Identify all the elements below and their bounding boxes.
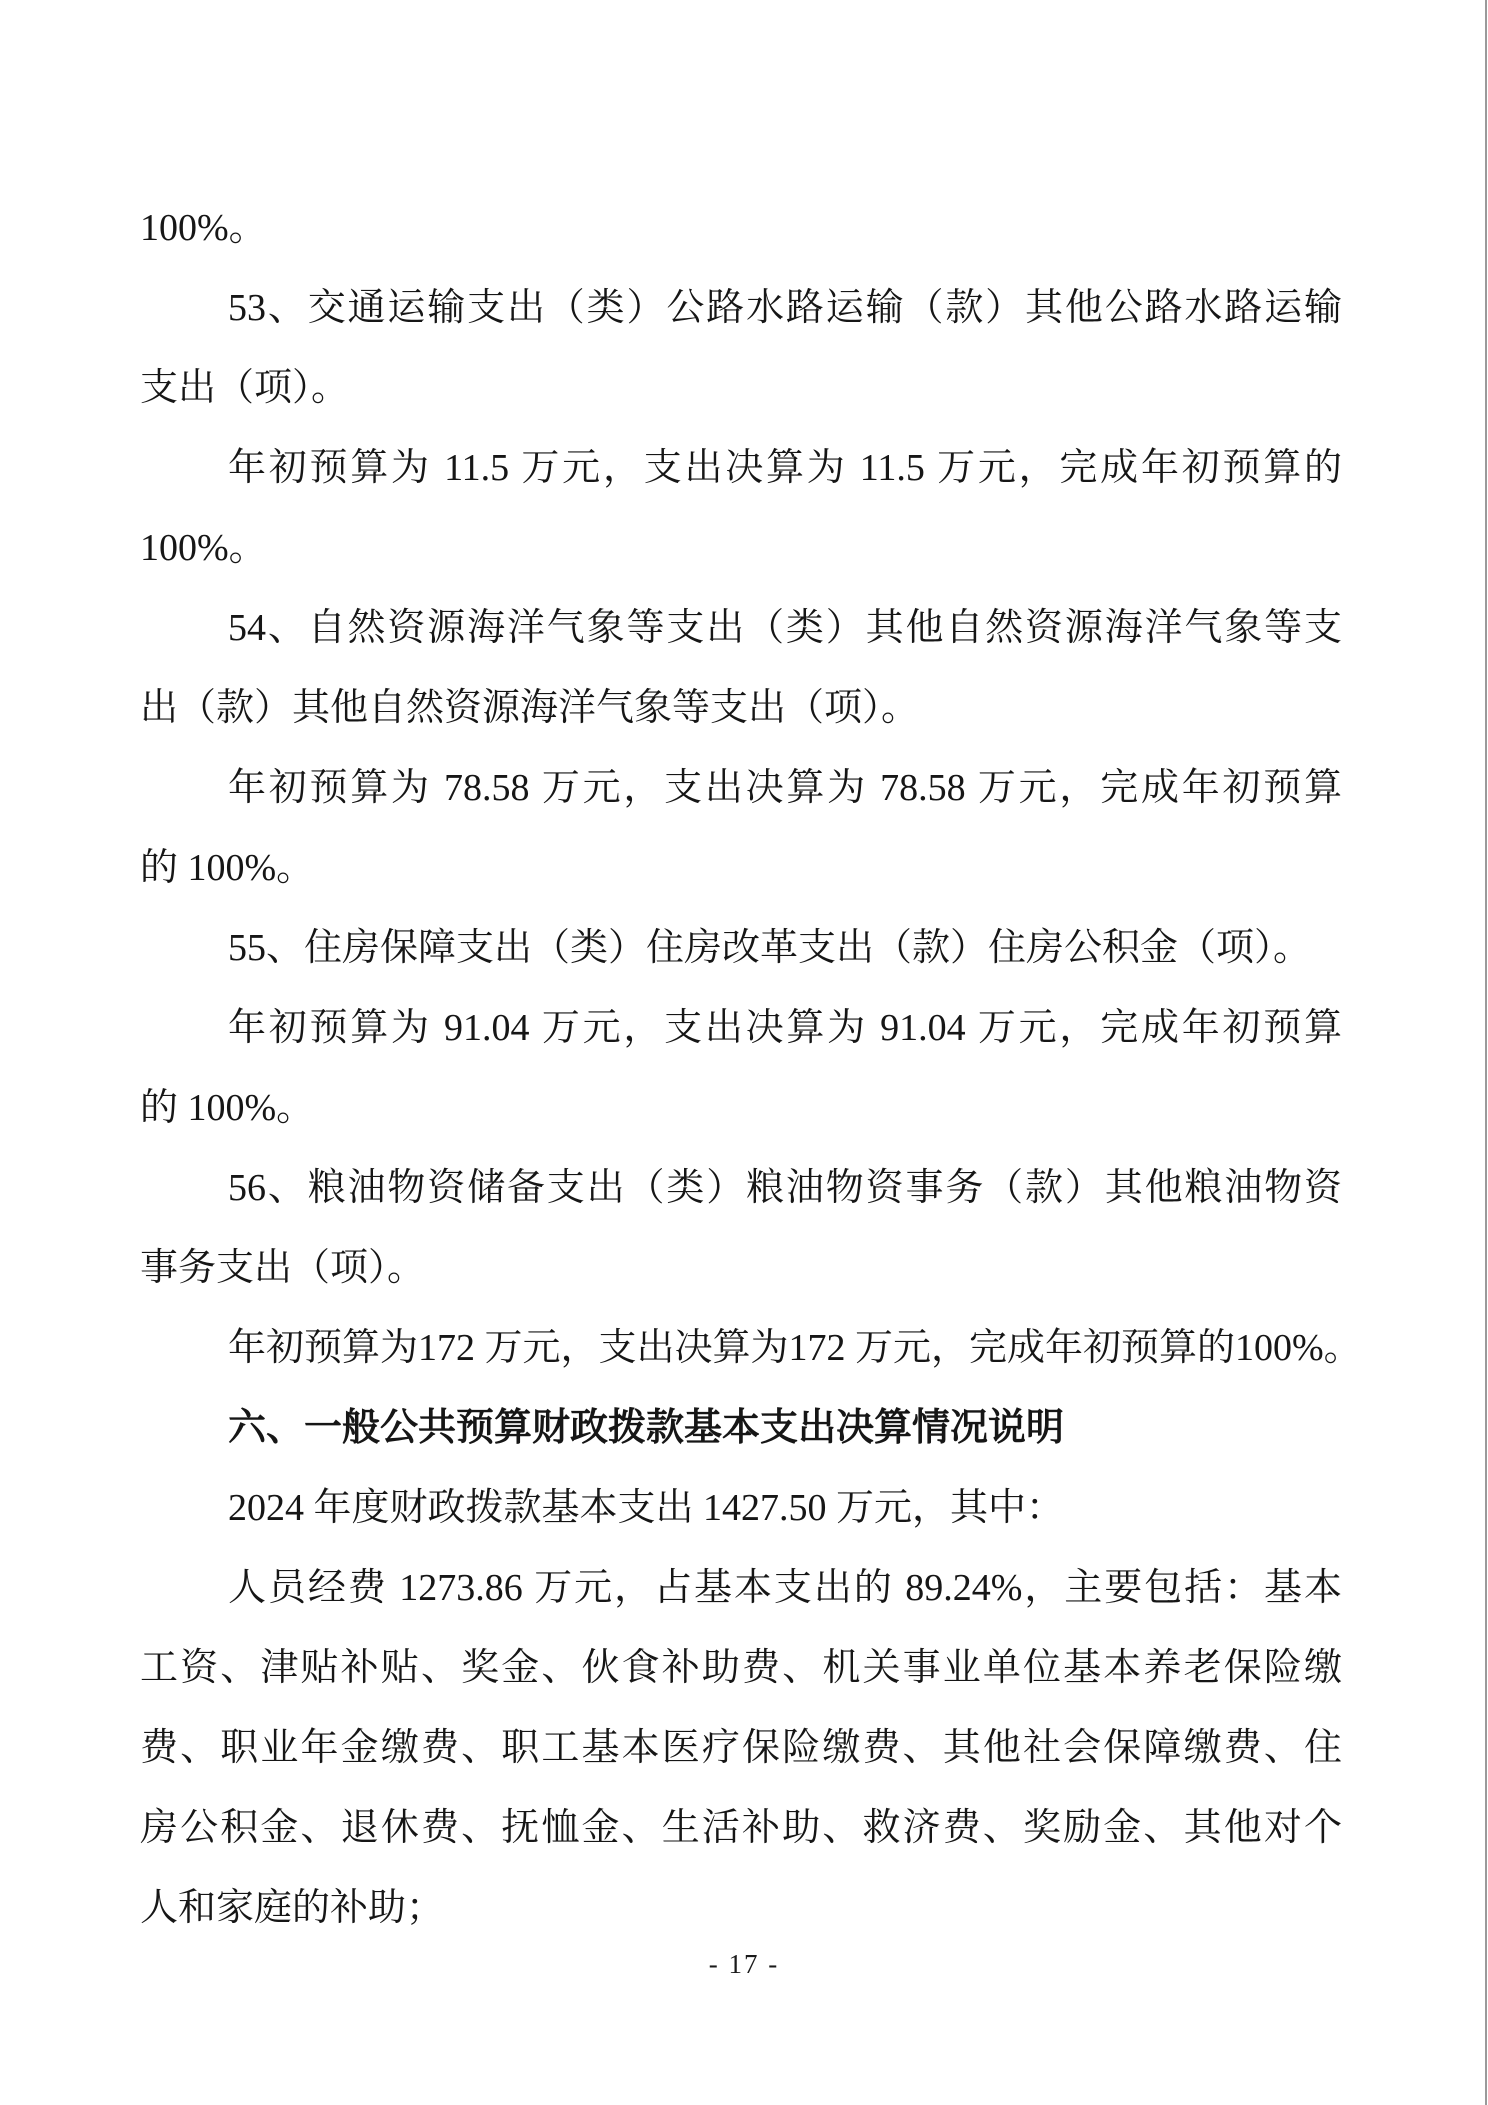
paragraph-line: 55、住房保障支出（类）住房改革支出（款）住房公积金（项）。 [140, 908, 1342, 988]
paragraph-line: 的 100%。 [140, 828, 1342, 908]
paragraph-line: 100%。 [140, 188, 1342, 268]
page-number: - 17 - [0, 1948, 1488, 1980]
paragraph-line: 事务支出（项）。 [140, 1228, 1342, 1308]
paragraph-line: 100%。 [140, 508, 1342, 588]
paragraph-line: 年初预算为172 万元，支出决算为172 万元，完成年初预算的100%。 [140, 1308, 1342, 1388]
paragraph-line: 年初预算为 11.5 万元，支出决算为 11.5 万元，完成年初预算的 [140, 428, 1342, 508]
paragraph-line: 53、交通运输支出（类）公路水路运输（款）其他公路水路运输 [140, 268, 1342, 348]
paragraph-line: 人员经费 1273.86 万元，占基本支出的 89.24%，主要包括：基本 [140, 1548, 1342, 1628]
paragraph-line: 支出（项）。 [140, 348, 1342, 428]
document-page: 100%。 53、交通运输支出（类）公路水路运输（款）其他公路水路运输 支出（项… [0, 0, 1488, 2105]
paragraph-line: 的 100%。 [140, 1068, 1342, 1148]
paragraph-line: 2024 年度财政拨款基本支出 1427.50 万元，其中： [140, 1468, 1342, 1548]
page-edge-line [1485, 0, 1487, 2105]
paragraph-line: 56、粮油物资储备支出（类）粮油物资事务（款）其他粮油物资 [140, 1148, 1342, 1228]
document-body: 100%。 53、交通运输支出（类）公路水路运输（款）其他公路水路运输 支出（项… [140, 188, 1342, 1948]
paragraph-line: 费、职业年金缴费、职工基本医疗保险缴费、其他社会保障缴费、住 [140, 1708, 1342, 1788]
paragraph-line: 房公积金、退休费、抚恤金、生活补助、救济费、奖励金、其他对个 [140, 1788, 1342, 1868]
paragraph-line: 年初预算为 78.58 万元，支出决算为 78.58 万元，完成年初预算 [140, 748, 1342, 828]
paragraph-line: 年初预算为 91.04 万元，支出决算为 91.04 万元，完成年初预算 [140, 988, 1342, 1068]
paragraph-line: 人和家庭的补助； [140, 1868, 1342, 1948]
paragraph-line: 出（款）其他自然资源海洋气象等支出（项）。 [140, 668, 1342, 748]
section-heading: 六、一般公共预算财政拨款基本支出决算情况说明 [140, 1388, 1342, 1468]
paragraph-line: 工资、津贴补贴、奖金、伙食补助费、机关事业单位基本养老保险缴 [140, 1628, 1342, 1708]
paragraph-line: 54、自然资源海洋气象等支出（类）其他自然资源海洋气象等支 [140, 588, 1342, 668]
